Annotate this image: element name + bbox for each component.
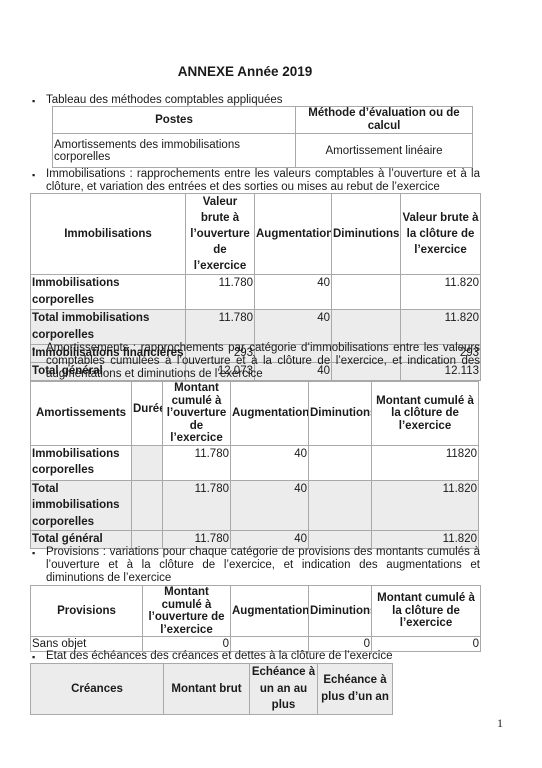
- cell-augmentations: 40: [231, 445, 309, 480]
- table-row: Total immobilisations corporelles 11.780…: [31, 310, 481, 345]
- cell-cloture: 11.820: [401, 310, 481, 345]
- bullet-icon: ▪: [32, 170, 40, 180]
- column-header: Créances: [31, 664, 164, 715]
- cell-diminutions: [332, 275, 401, 310]
- echeances-table: Créances Montant brut Echéance à un an a…: [30, 663, 393, 715]
- row-label: Immobilisations corporelles: [31, 275, 186, 310]
- echeances-intro: Etat des échéances des créances et dette…: [46, 650, 480, 663]
- column-header: Augmentations: [255, 194, 332, 275]
- cell-diminutions: [332, 310, 401, 345]
- amortissements-table: Amortissements Durée Montant cumulé à l’…: [30, 381, 479, 549]
- column-header: Echéance à un an au plus: [250, 664, 318, 715]
- table-row: Amortissements des immobilisations corpo…: [53, 134, 473, 168]
- column-header: Valeur brute à la clôture de l’exercice: [401, 194, 481, 275]
- amortissements-intro: Amortissements : rapprochements par caté…: [46, 342, 480, 380]
- table-header-row: Postes Méthode d’évaluation ou de calcul: [53, 107, 473, 134]
- page-number: 1: [497, 716, 503, 731]
- cell-augmentations: 40: [255, 310, 332, 345]
- column-header: Provisions: [31, 586, 143, 637]
- row-label: Immobilisations corporelles: [31, 445, 132, 480]
- cell-diminutions: [309, 445, 372, 480]
- cell-cloture: 11.820: [372, 480, 479, 531]
- provisions-intro: Provisions : variations pour chaque caté…: [46, 546, 480, 584]
- column-header: Amortissements: [31, 382, 132, 446]
- table-header-row: Amortissements Durée Montant cumulé à l’…: [31, 382, 479, 446]
- table-row: Total immobilisations corporelles 11.780…: [31, 480, 479, 531]
- column-header: Immobilisations: [31, 194, 186, 275]
- column-header: Durée: [132, 382, 163, 446]
- table-header-row: Immobilisations Valeur brute à l’ouvertu…: [31, 194, 481, 275]
- methods-intro: Tableau des méthodes comptables appliqué…: [46, 94, 480, 107]
- cell-duree: [132, 445, 163, 480]
- bullet-icon: ▪: [32, 344, 40, 354]
- cell-cloture: 11.820: [401, 275, 481, 310]
- column-header: Echéance à plus d’un an: [318, 664, 393, 715]
- column-header: Montant cumulé à l’ouverture de l’exerci…: [143, 586, 231, 637]
- table-row: Immobilisations corporelles 11.780 40 11…: [31, 445, 479, 480]
- column-header: Augmentations: [231, 586, 309, 637]
- row-label: Total immobilisations corporelles: [31, 310, 186, 345]
- column-header: Montant cumulé à l’ouverture de l’exerci…: [163, 382, 231, 446]
- bullet-icon: ▪: [32, 548, 40, 558]
- immobilisations-intro: Immobilisations : rapprochements entre l…: [46, 168, 480, 194]
- column-header: Diminutions: [332, 194, 401, 275]
- bullet-icon: ▪: [32, 652, 40, 662]
- column-header: Montant brut: [164, 664, 250, 715]
- table-row: Immobilisations corporelles 11.780 40 11…: [31, 275, 481, 310]
- cell-ouverture: 11.780: [163, 480, 231, 531]
- cell-ouverture: 11.780: [163, 445, 231, 480]
- cell-poste: Amortissements des immobilisations corpo…: [53, 134, 296, 168]
- cell-augmentations: 40: [255, 275, 332, 310]
- methods-table: Postes Méthode d’évaluation ou de calcul…: [52, 106, 473, 168]
- column-header: Méthode d’évaluation ou de calcul: [296, 107, 473, 134]
- cell-diminutions: [309, 480, 372, 531]
- cell-methode: Amortissement linéaire: [296, 134, 473, 168]
- column-header: Valeur brute à l’ouverture de l’exercice: [186, 194, 255, 275]
- bullet-icon: ▪: [32, 96, 40, 106]
- column-header: Diminutions: [309, 382, 372, 446]
- column-header: Montant cumulé à la clôture de l’exercic…: [372, 382, 479, 446]
- table-header-row: Créances Montant brut Echéance à un an a…: [31, 664, 393, 715]
- document-title: ANNEXE Année 2019: [0, 64, 490, 79]
- cell-cloture: 11820: [372, 445, 479, 480]
- column-header: Augmentations: [231, 382, 309, 446]
- cell-duree: [132, 480, 163, 531]
- column-header: Montant cumulé à la clôture de l’exercic…: [372, 586, 481, 637]
- provisions-table: Provisions Montant cumulé à l’ouverture …: [30, 585, 481, 652]
- cell-augmentations: 40: [231, 480, 309, 531]
- cell-ouverture: 11.780: [186, 275, 255, 310]
- column-header: Postes: [53, 107, 296, 134]
- table-header-row: Provisions Montant cumulé à l’ouverture …: [31, 586, 481, 637]
- cell-ouverture: 11.780: [186, 310, 255, 345]
- column-header: Diminutions: [309, 586, 372, 637]
- row-label: Total immobilisations corporelles: [31, 480, 132, 531]
